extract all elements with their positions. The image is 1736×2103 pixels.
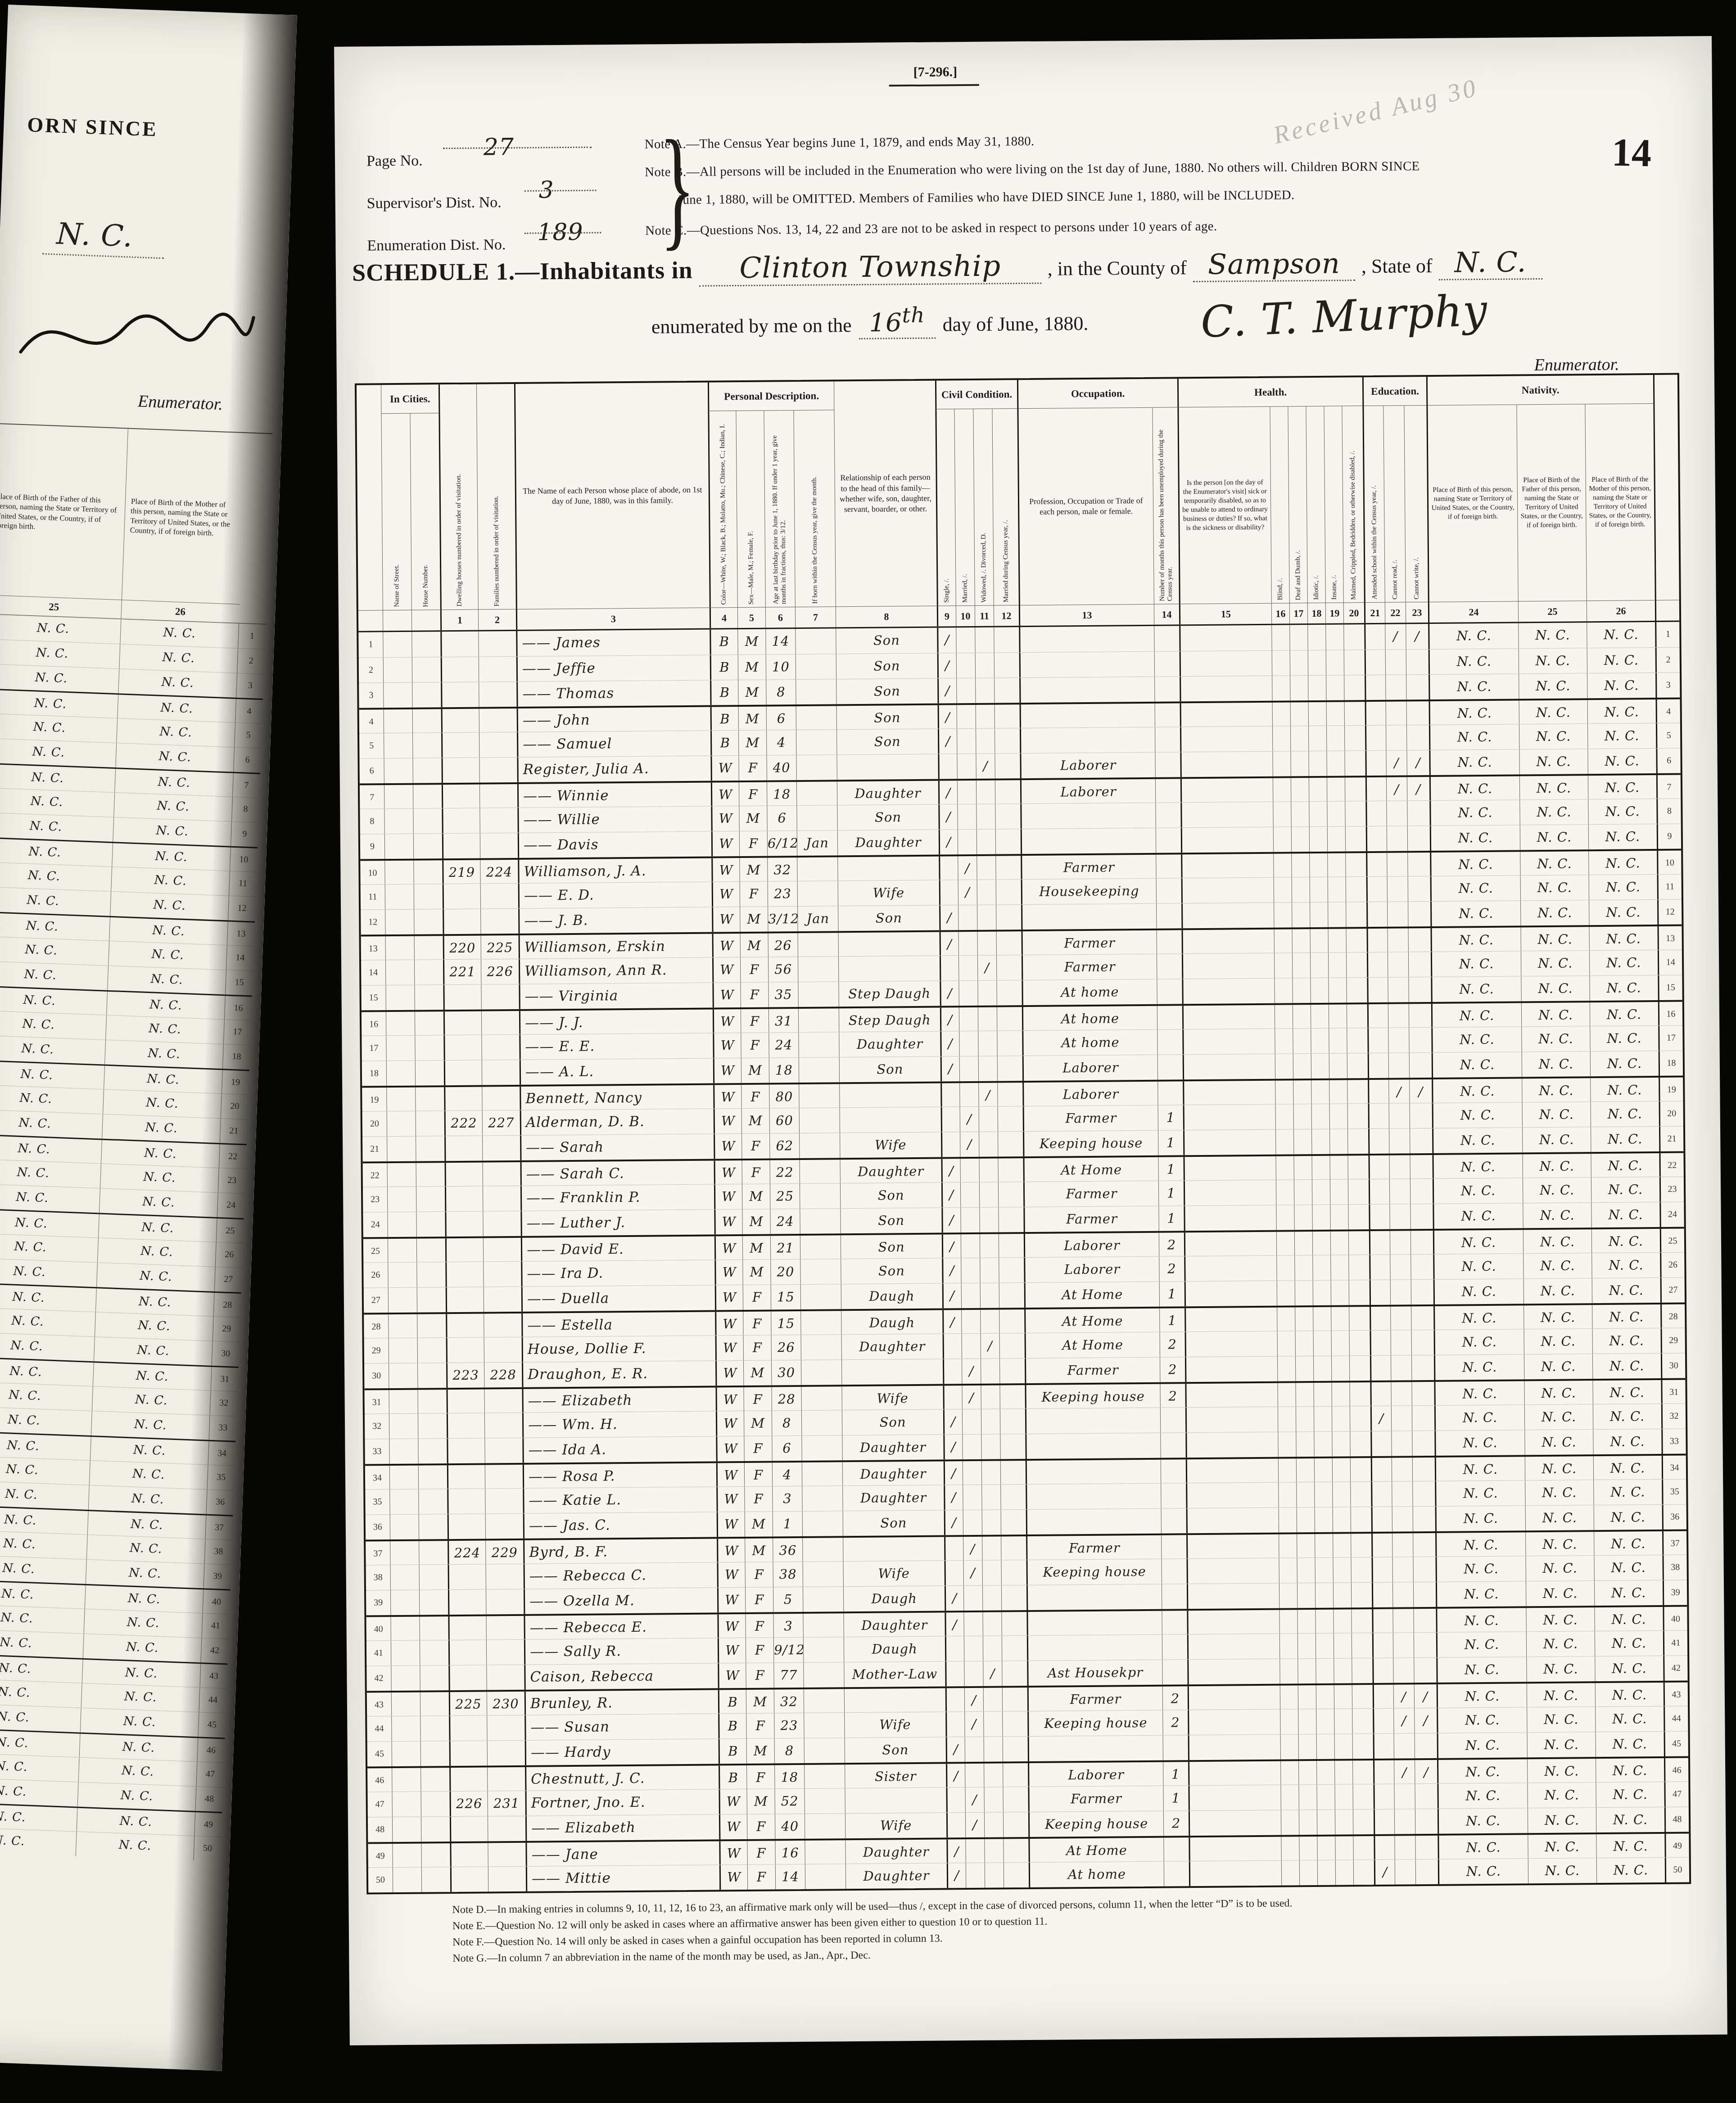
cell-blind-row-36 [1279, 1507, 1297, 1532]
cell-idiotic-row-26 [1312, 1255, 1330, 1280]
cell-relationship-row-3: Son [836, 679, 937, 704]
cell-mother_birthplace-row-27: N. C. [1592, 1278, 1660, 1303]
cell-born_month-row-18 [799, 1057, 839, 1083]
cell-blind-row-4 [1272, 702, 1290, 726]
cell-school-row-15 [1367, 978, 1388, 1002]
cell-deaf-row-11 [1292, 877, 1310, 902]
cell-cannot_write-row-3 [1406, 675, 1429, 699]
cell-widowed-row-23 [979, 1182, 998, 1207]
cell-family-row-19 [482, 1087, 520, 1110]
cell-idiotic-row-35 [1314, 1482, 1332, 1507]
left-cell-father-15: N. C. [0, 961, 108, 990]
cell-street-row-35 [389, 1489, 418, 1515]
cell-deaf-row-7 [1291, 778, 1309, 801]
cell-relationship-row-7: Daughter [837, 781, 938, 805]
cell-relationship-row-8: Son [837, 805, 938, 830]
cell-married-row-50 [966, 1863, 985, 1888]
cell-father_birthplace-row-13: N. C. [1520, 927, 1589, 951]
cell-father_birthplace-row-11: N. C. [1520, 875, 1589, 900]
cell-months_unemp-row-9 [1156, 828, 1181, 853]
cell-gutter_l-row-11: 11 [361, 885, 385, 909]
cell-house-row-37 [419, 1541, 448, 1565]
footnote-4: Note G.—In column 7 an abbreviation in t… [452, 1946, 1293, 1965]
cell-house-row-19 [415, 1087, 444, 1111]
cell-deaf-row-5 [1290, 726, 1308, 751]
cell-married_cy-row-27 [999, 1283, 1024, 1308]
cell-street-row-9 [384, 834, 413, 859]
cell-color-row-40: W [717, 1614, 745, 1638]
cell-single-row-46: / [946, 1764, 965, 1787]
cell-maimed-row-4 [1344, 702, 1365, 725]
cell-relationship-row-9: Daughter [837, 830, 939, 856]
cell-name-row-40: —— Rebecca E. [524, 1614, 717, 1639]
cell-relationship-row-31: Wife [841, 1385, 943, 1410]
cell-gutter_r-row-23: 23 [1659, 1177, 1684, 1202]
cell-sickness-row-24 [1184, 1205, 1276, 1231]
cell-house-row-31 [417, 1390, 446, 1413]
cell-insane-row-5 [1326, 726, 1344, 750]
cell-house-row-38 [419, 1565, 448, 1590]
cell-sickness-row-36 [1186, 1508, 1279, 1534]
cell-street-row-24 [387, 1212, 416, 1237]
cell-age-row-9: 6/12 [767, 831, 797, 856]
cell-single-row-34: / [944, 1461, 963, 1485]
cell-cannot_read-row-2 [1385, 650, 1406, 674]
column-header-married_cy: Married during Census year, /. [992, 409, 1018, 605]
cell-age-row-30: 30 [771, 1360, 801, 1385]
cell-age-row-2: 10 [766, 654, 796, 680]
cell-family-row-24 [483, 1211, 520, 1237]
cell-blind-row-1 [1271, 625, 1289, 650]
cell-gutter_l-row-47: 47 [368, 1792, 392, 1817]
cell-months_unemp-row-3 [1154, 677, 1180, 701]
cell-gutter_r-row-14: 14 [1658, 950, 1682, 975]
cell-cannot_read-row-45 [1394, 1733, 1415, 1758]
cell-married-row-17 [959, 1031, 978, 1056]
column-header-cannot_write: Cannot write, /. [1404, 406, 1428, 602]
cell-street-row-10 [384, 861, 413, 885]
cell-name-row-35: —— Katie L. [523, 1487, 716, 1513]
cell-deaf-row-40 [1297, 1610, 1315, 1633]
cell-sickness-row-46 [1188, 1761, 1280, 1786]
cell-dwelling-row-49 [450, 1843, 488, 1867]
cell-single-row-19 [940, 1083, 959, 1106]
cell-color-row-8: W [711, 806, 739, 831]
cell-months_unemp-row-29: 2 [1160, 1332, 1185, 1357]
cell-street-row-28 [388, 1314, 417, 1338]
cell-born_month-row-41 [803, 1637, 844, 1662]
cell-mother_birthplace-row-5: N. C. [1587, 723, 1656, 749]
cell-months_unemp-row-27: 1 [1159, 1282, 1184, 1306]
form-number-rule [889, 84, 979, 87]
cell-name-row-37: Byrd, B. F. [523, 1539, 717, 1563]
cell-single-row-29 [943, 1334, 962, 1358]
cell-insane-row-45 [1334, 1734, 1352, 1759]
cell-sickness-row-50 [1189, 1861, 1281, 1886]
cell-cannot_read-row-25 [1390, 1231, 1410, 1254]
cell-widowed-row-20 [979, 1107, 998, 1132]
cell-color-row-37: W [717, 1539, 745, 1562]
cell-school-row-30 [1370, 1356, 1391, 1381]
cell-school-row-42 [1372, 1658, 1393, 1683]
cell-dwelling-row-47: 226 [449, 1791, 487, 1816]
cell-father_birthplace-row-28: N. C. [1524, 1305, 1592, 1329]
cell-gutter_r-row-36: 36 [1662, 1505, 1686, 1530]
group-header-civil-condition-: Civil Condition. [935, 380, 1017, 409]
cell-gutter_l-row-24: 24 [363, 1212, 387, 1237]
received-stamp: Received Aug 30 [1270, 73, 1481, 150]
cell-father_birthplace-row-15: N. C. [1521, 976, 1589, 1001]
cell-mother_birthplace-row-37: N. C. [1594, 1531, 1662, 1555]
cell-married_cy-row-39 [1001, 1585, 1026, 1610]
cell-sex-row-35: F [744, 1486, 772, 1511]
cell-gutter_r-row-22: 22 [1659, 1153, 1683, 1177]
cell-street-row-45 [392, 1742, 420, 1767]
cell-maimed-row-17 [1347, 1028, 1367, 1053]
cell-cannot_read-row-11 [1387, 876, 1408, 901]
note-b-line2: June 1, 1880, will be OMITTED. Members o… [678, 188, 1295, 208]
cell-birthplace-row-12: N. C. [1430, 901, 1520, 926]
cell-school-row-6 [1365, 751, 1386, 776]
cell-maimed-row-6 [1344, 751, 1365, 776]
cell-insane-row-34 [1332, 1458, 1350, 1481]
column-number-relationship: 8 [836, 606, 937, 627]
cell-relationship-row-19 [839, 1083, 940, 1108]
cell-cannot_read-row-35 [1392, 1481, 1412, 1506]
cell-mother_birthplace-row-22: N. C. [1591, 1153, 1659, 1177]
cell-months_unemp-row-38 [1161, 1559, 1186, 1584]
cell-sickness-row-35 [1186, 1483, 1278, 1508]
cell-school-row-36 [1371, 1507, 1392, 1532]
cell-months_unemp-row-6 [1155, 752, 1180, 777]
cell-deaf-row-16 [1293, 1005, 1311, 1028]
column-header-house: House Number. [410, 413, 440, 609]
cell-widowed-row-45 [984, 1737, 1003, 1761]
cell-relationship-row-10 [837, 857, 939, 881]
cell-sex-row-18: M [741, 1058, 769, 1083]
cell-occupation-row-50: At home [1029, 1862, 1164, 1887]
cell-name-row-34: —— Rosa P. [523, 1463, 716, 1488]
cell-house-row-36 [419, 1514, 448, 1539]
cell-mother_birthplace-row-35: N. C. [1593, 1480, 1662, 1505]
cell-blind-row-15 [1274, 978, 1292, 1003]
cell-birthplace-row-4: N. C. [1429, 700, 1519, 725]
cell-maimed-row-18 [1347, 1053, 1368, 1078]
cell-married-row-41 [964, 1636, 983, 1661]
cell-blind-row-48 [1281, 1810, 1299, 1835]
cell-father_birthplace-row-10: N. C. [1520, 851, 1588, 875]
cell-idiotic-row-43 [1316, 1685, 1334, 1709]
cell-name-row-20: Alderman, D. B. [520, 1109, 714, 1135]
cell-name-row-38: —— Rebecca C. [524, 1562, 717, 1589]
column-header-insane: Insane, /. [1324, 406, 1343, 602]
cell-deaf-row-47 [1298, 1785, 1316, 1810]
column-number-sickness: 15 [1179, 603, 1271, 625]
cell-gutter_l-row-15: 15 [361, 985, 385, 1010]
cell-cannot_write-row-40 [1413, 1609, 1436, 1632]
cell-house-row-33 [418, 1439, 447, 1464]
left-cell-father-34: N. C. [0, 1432, 91, 1460]
cell-school-row-48 [1374, 1810, 1394, 1834]
cell-married_cy-row-15 [996, 980, 1022, 1005]
cell-single-row-13: / [940, 932, 958, 955]
cell-born_month-row-47 [804, 1788, 845, 1814]
cell-born_month-row-10 [797, 857, 837, 881]
cell-married_cy-row-21 [998, 1132, 1023, 1156]
cell-sex-row-20: M [741, 1108, 769, 1133]
cell-age-row-43: 32 [774, 1689, 804, 1713]
cell-occupation-row-43: Farmer [1027, 1687, 1162, 1711]
left-cell-father-32: N. C. [0, 1381, 93, 1411]
cell-cannot_write-row-1: / [1406, 624, 1428, 649]
cell-family-row-14: 226 [481, 959, 519, 984]
cell-insane-row-13 [1328, 929, 1346, 952]
cell-street-row-25 [388, 1239, 416, 1263]
cell-mother_birthplace-row-44: N. C. [1595, 1706, 1664, 1732]
cell-dwelling-row-10: 219 [442, 860, 480, 884]
cell-dwelling-row-28 [446, 1313, 484, 1337]
cell-idiotic-row-19 [1311, 1080, 1329, 1104]
cell-name-row-50: —— Mittie [526, 1865, 719, 1891]
cell-married-row-6 [957, 754, 976, 779]
cell-married-row-2 [956, 653, 975, 678]
census-schedule-page: [7-296.] Received Aug 30 14 Page No. 27 … [334, 36, 1727, 2045]
column-number-name: 3 [516, 608, 710, 630]
cell-cannot_read-row-22 [1389, 1155, 1410, 1178]
cell-sex-row-32: M [744, 1411, 772, 1435]
cell-cannot_write-row-16 [1409, 1004, 1431, 1027]
cell-married_cy-row-33 [1000, 1434, 1025, 1459]
cell-gutter_l-row-22: 22 [363, 1163, 387, 1187]
cell-father_birthplace-row-18: N. C. [1522, 1051, 1590, 1077]
cell-family-row-45 [487, 1741, 525, 1766]
cell-married_cy-row-31 [999, 1385, 1025, 1408]
cell-color-row-30: W [715, 1361, 743, 1385]
cell-school-row-33 [1370, 1431, 1391, 1456]
cell-relationship-row-20 [840, 1107, 941, 1133]
cell-occupation-row-34 [1026, 1460, 1161, 1484]
cell-school-row-39 [1372, 1583, 1392, 1607]
cell-insane-row-23 [1330, 1179, 1348, 1204]
cell-widowed-row-13 [977, 932, 996, 955]
cell-cannot_read-row-13 [1388, 928, 1408, 952]
cell-married_cy-row-22 [998, 1158, 1023, 1182]
cell-deaf-row-42 [1297, 1659, 1316, 1683]
cell-born_month-row-31 [801, 1386, 841, 1410]
cell-cannot_write-row-17 [1409, 1028, 1431, 1052]
cell-sickness-row-12 [1181, 903, 1274, 929]
left-cell-father-5: N. C. [0, 713, 117, 743]
cell-single-row-20 [941, 1107, 960, 1132]
cell-sickness-row-11 [1181, 878, 1274, 903]
cell-cannot_write-row-38 [1413, 1557, 1435, 1582]
cell-age-row-10: 32 [767, 857, 797, 881]
cell-street-row-26 [388, 1263, 416, 1288]
cell-school-row-43 [1373, 1685, 1393, 1708]
cell-occupation-row-11: Housekeeping [1021, 879, 1156, 904]
cell-dwelling-row-50 [450, 1867, 488, 1892]
cell-school-row-13 [1367, 929, 1388, 952]
note-b-line1: Note B.—All persons will be included in … [645, 159, 1420, 180]
cell-gutter_r-row-48: 48 [1664, 1807, 1689, 1832]
cell-father_birthplace-row-46: N. C. [1527, 1759, 1596, 1783]
cell-age-row-46: 18 [774, 1765, 804, 1789]
cell-occupation-row-18: Laborer [1022, 1055, 1157, 1081]
cell-color-row-29: W [715, 1336, 743, 1360]
cell-occupation-row-30: Farmer [1025, 1358, 1160, 1383]
cell-gutter_r-row-7: 7 [1656, 775, 1681, 799]
cell-idiotic-row-1 [1307, 625, 1325, 650]
cell-color-row-42: W [718, 1663, 746, 1688]
cell-idiotic-row-12 [1310, 903, 1328, 927]
cell-dwelling-row-45 [449, 1741, 487, 1766]
cell-sex-row-14: F [740, 957, 768, 982]
cell-idiotic-row-28 [1313, 1307, 1331, 1331]
cell-mother_birthplace-row-30: N. C. [1592, 1354, 1661, 1379]
cell-color-row-4: B [710, 707, 738, 730]
cell-single-row-50: / [947, 1863, 966, 1888]
enumeration-day: 16th [859, 303, 936, 339]
cell-deaf-row-6 [1290, 751, 1308, 776]
page-number-stamp: 14 [1611, 130, 1652, 176]
cell-family-row-32 [484, 1413, 522, 1438]
left-cell-father-50: N. C. [0, 1827, 77, 1856]
cell-blind-row-47 [1280, 1785, 1298, 1810]
cell-cannot_write-row-50 [1415, 1859, 1438, 1884]
cell-months_unemp-row-36 [1161, 1508, 1186, 1533]
cell-months_unemp-row-21: 1 [1158, 1130, 1183, 1155]
cell-mother_birthplace-row-2: N. C. [1587, 648, 1655, 673]
cell-dwelling-row-44 [449, 1715, 487, 1741]
cell-blind-row-21 [1275, 1129, 1293, 1154]
cell-blind-row-13 [1274, 929, 1292, 952]
cell-born_month-row-15 [798, 982, 838, 1007]
cell-cannot_read-row-41 [1393, 1633, 1414, 1657]
cell-months_unemp-row-44: 2 [1162, 1710, 1188, 1735]
left-cell-father-37: N. C. [0, 1506, 88, 1534]
left-cell-father-24: N. C. [0, 1183, 100, 1213]
cell-father_birthplace-row-36: N. C. [1525, 1505, 1594, 1530]
cell-sickness-row-26 [1184, 1256, 1276, 1282]
cell-dwelling-row-46 [449, 1767, 487, 1791]
cell-gutter_l-row-30: 30 [364, 1363, 389, 1388]
county-value: Sampson [1193, 247, 1356, 282]
cell-widowed-row-8 [976, 804, 995, 829]
cell-birthplace-row-26: N. C. [1433, 1254, 1523, 1279]
cell-cannot_write-row-43: / [1414, 1684, 1437, 1708]
cell-widowed-row-7 [976, 781, 995, 804]
column-number-deaf: 17 [1289, 603, 1307, 623]
cell-idiotic-row-38 [1315, 1558, 1333, 1583]
cell-maimed-row-27 [1349, 1280, 1370, 1305]
cell-school-row-21 [1368, 1129, 1389, 1154]
cell-idiotic-row-22 [1311, 1156, 1329, 1179]
cell-widowed-row-44 [983, 1711, 1002, 1736]
cell-gutter_r-row-18: 18 [1659, 1051, 1683, 1076]
cell-maimed-row-9 [1345, 826, 1366, 851]
cell-father_birthplace-row-41: N. C. [1526, 1631, 1595, 1656]
cell-idiotic-row-14 [1310, 953, 1328, 978]
cell-sex-row-26: M [742, 1259, 770, 1284]
cell-single-row-45: / [946, 1737, 965, 1762]
enumerator-label: Enumerator. [1534, 355, 1619, 375]
column-number-widowed: 11 [975, 605, 994, 626]
cell-dwelling-row-32 [447, 1413, 484, 1438]
cell-single-row-10 [939, 856, 958, 880]
cell-maimed-row-32 [1350, 1406, 1370, 1431]
cell-family-row-38 [486, 1564, 524, 1589]
cell-mother_birthplace-row-31: N. C. [1592, 1380, 1661, 1404]
cell-relationship-row-29: Daughter [841, 1334, 943, 1359]
cell-married-row-40 [963, 1612, 982, 1636]
cell-single-row-27: / [942, 1283, 961, 1308]
cell-insane-row-39 [1333, 1583, 1351, 1607]
cell-relationship-row-25: Son [841, 1234, 942, 1259]
cell-months_unemp-row-10 [1156, 854, 1181, 878]
left-col25-header: Place of Birth of the Father of this per… [0, 424, 128, 600]
cell-married_cy-row-25 [999, 1234, 1024, 1257]
cell-idiotic-row-34 [1314, 1458, 1332, 1482]
cell-mother_birthplace-row-42: N. C. [1595, 1656, 1663, 1681]
cell-school-row-14 [1367, 952, 1388, 977]
cell-dwelling-row-6 [441, 758, 479, 783]
cell-sex-row-30: M [743, 1360, 771, 1385]
column-number-cannot_write: 23 [1406, 602, 1428, 623]
cell-sickness-row-49 [1189, 1837, 1281, 1861]
cell-occupation-row-33 [1025, 1433, 1160, 1459]
cell-gutter_l-row-4: 4 [359, 709, 384, 733]
cell-single-row-41 [945, 1636, 964, 1661]
cell-street-row-41 [391, 1641, 420, 1666]
cell-months_unemp-row-7 [1155, 779, 1180, 802]
cell-family-row-7 [479, 784, 517, 808]
cell-widowed-row-29: / [981, 1334, 999, 1358]
cell-age-row-18: 18 [769, 1058, 799, 1083]
cell-house-row-50 [421, 1867, 450, 1892]
cell-widowed-row-36 [982, 1510, 1001, 1534]
cell-father_birthplace-row-19: N. C. [1522, 1078, 1590, 1102]
cell-mother_birthplace-row-41: N. C. [1595, 1631, 1663, 1656]
cell-gutter_l-row-12: 12 [361, 910, 385, 934]
cell-mother_birthplace-row-1: N. C. [1587, 622, 1655, 648]
cell-occupation-row-40 [1026, 1611, 1162, 1635]
cell-married-row-38: / [963, 1561, 982, 1585]
cell-born_month-row-14 [798, 957, 838, 982]
cell-age-row-11: 23 [768, 881, 797, 907]
cell-sickness-row-9 [1181, 827, 1273, 853]
cell-married-row-23 [960, 1182, 979, 1207]
cell-maimed-row-24 [1348, 1205, 1369, 1229]
column-number-color: 4 [710, 607, 737, 628]
cell-occupation-row-17: At home [1022, 1030, 1157, 1056]
cell-months_unemp-row-18 [1157, 1055, 1183, 1079]
left-cell-father-47: N. C. [0, 1753, 79, 1782]
cell-school-row-3 [1365, 675, 1385, 700]
cell-idiotic-row-9 [1309, 827, 1327, 852]
left-cell-father-28: N. C. [0, 1283, 96, 1312]
cell-months_unemp-row-23: 1 [1158, 1181, 1184, 1205]
cell-married-row-49 [965, 1839, 984, 1863]
cell-born_month-row-34 [802, 1462, 842, 1486]
cell-maimed-row-7 [1345, 777, 1365, 801]
note-c: Note C.—Questions Nos. 13, 14, 22 and 23… [645, 219, 1217, 239]
column-number-idiotic: 18 [1307, 603, 1325, 623]
cell-married-row-13 [958, 932, 977, 955]
column-number-single: 9 [937, 605, 956, 626]
cell-family-row-17 [481, 1035, 519, 1060]
cell-occupation-row-2 [1019, 652, 1154, 677]
cell-cannot_write-row-25 [1410, 1231, 1433, 1254]
